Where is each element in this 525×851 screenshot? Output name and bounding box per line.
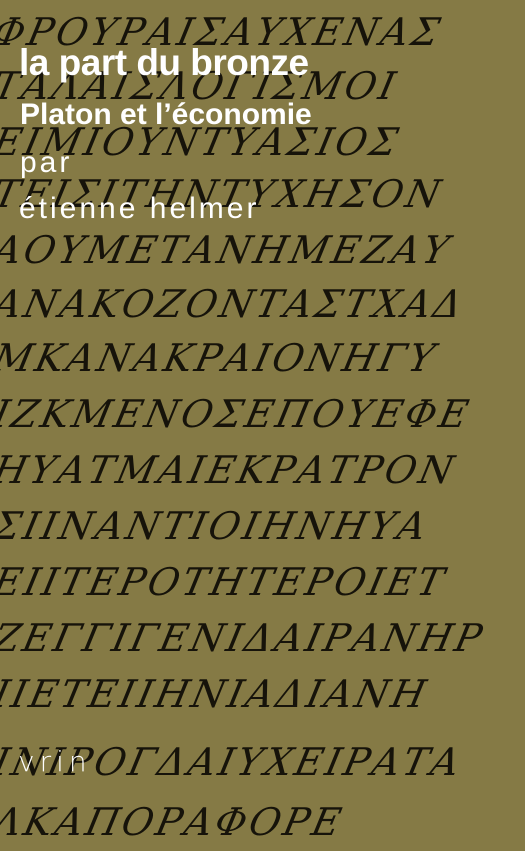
manuscript-line: ΑΝΑΚΟΖΟΝΤΑΣΤΧΑΔ <box>0 282 469 326</box>
manuscript-line: ΣΙΙΝΑΝΤΙΟΙΗΝΗΥΑ <box>0 504 433 548</box>
manuscript-line: ΗΥΑΤΜΑΙΕΚΡΑΤΡΟΝ <box>0 448 461 492</box>
manuscript-line: ΖΕΓΓΙΓΕΝΙΔΑΙΡΑΝΗΡ <box>0 616 489 660</box>
book-cover: ΦΡΟΥΡΑΙΣΑΥΧΕΝΑΣ ΤΑΛΑΙΣΛΟΓΙΣΜΟΙ ΕΙΜΙΟΥΝΤΥ… <box>0 0 525 851</box>
manuscript-line: ΙΙΕΤΕΙΙΗΝΙΑΔΙΑΝΗ <box>0 672 433 716</box>
manuscript-line: ΛΚΑΠΟΡΑΦΟΡΕ <box>0 800 348 844</box>
publisher-logo: vrin <box>18 748 92 776</box>
manuscript-line: ΙΖΚΜΕΝΟΣΕΠΟΥΕΦΕ <box>0 392 475 436</box>
book-subtitle: Platon et l’économie <box>20 100 312 130</box>
author-name: étienne helmer <box>19 194 259 224</box>
manuscript-line: ΜΚΑΝΑΚΡΑΙΟΝΗΓΥ <box>0 336 442 380</box>
book-title: la part du bronze <box>19 44 309 81</box>
by-label: par <box>20 148 72 178</box>
manuscript-line: ΕΙΙΤΕΡΟΤΗΤΕΡΟΙΕΤ <box>0 560 451 604</box>
manuscript-line: ΑΟΥΜΕΤΑΝΗΜΕΖΑΥ <box>0 228 456 272</box>
